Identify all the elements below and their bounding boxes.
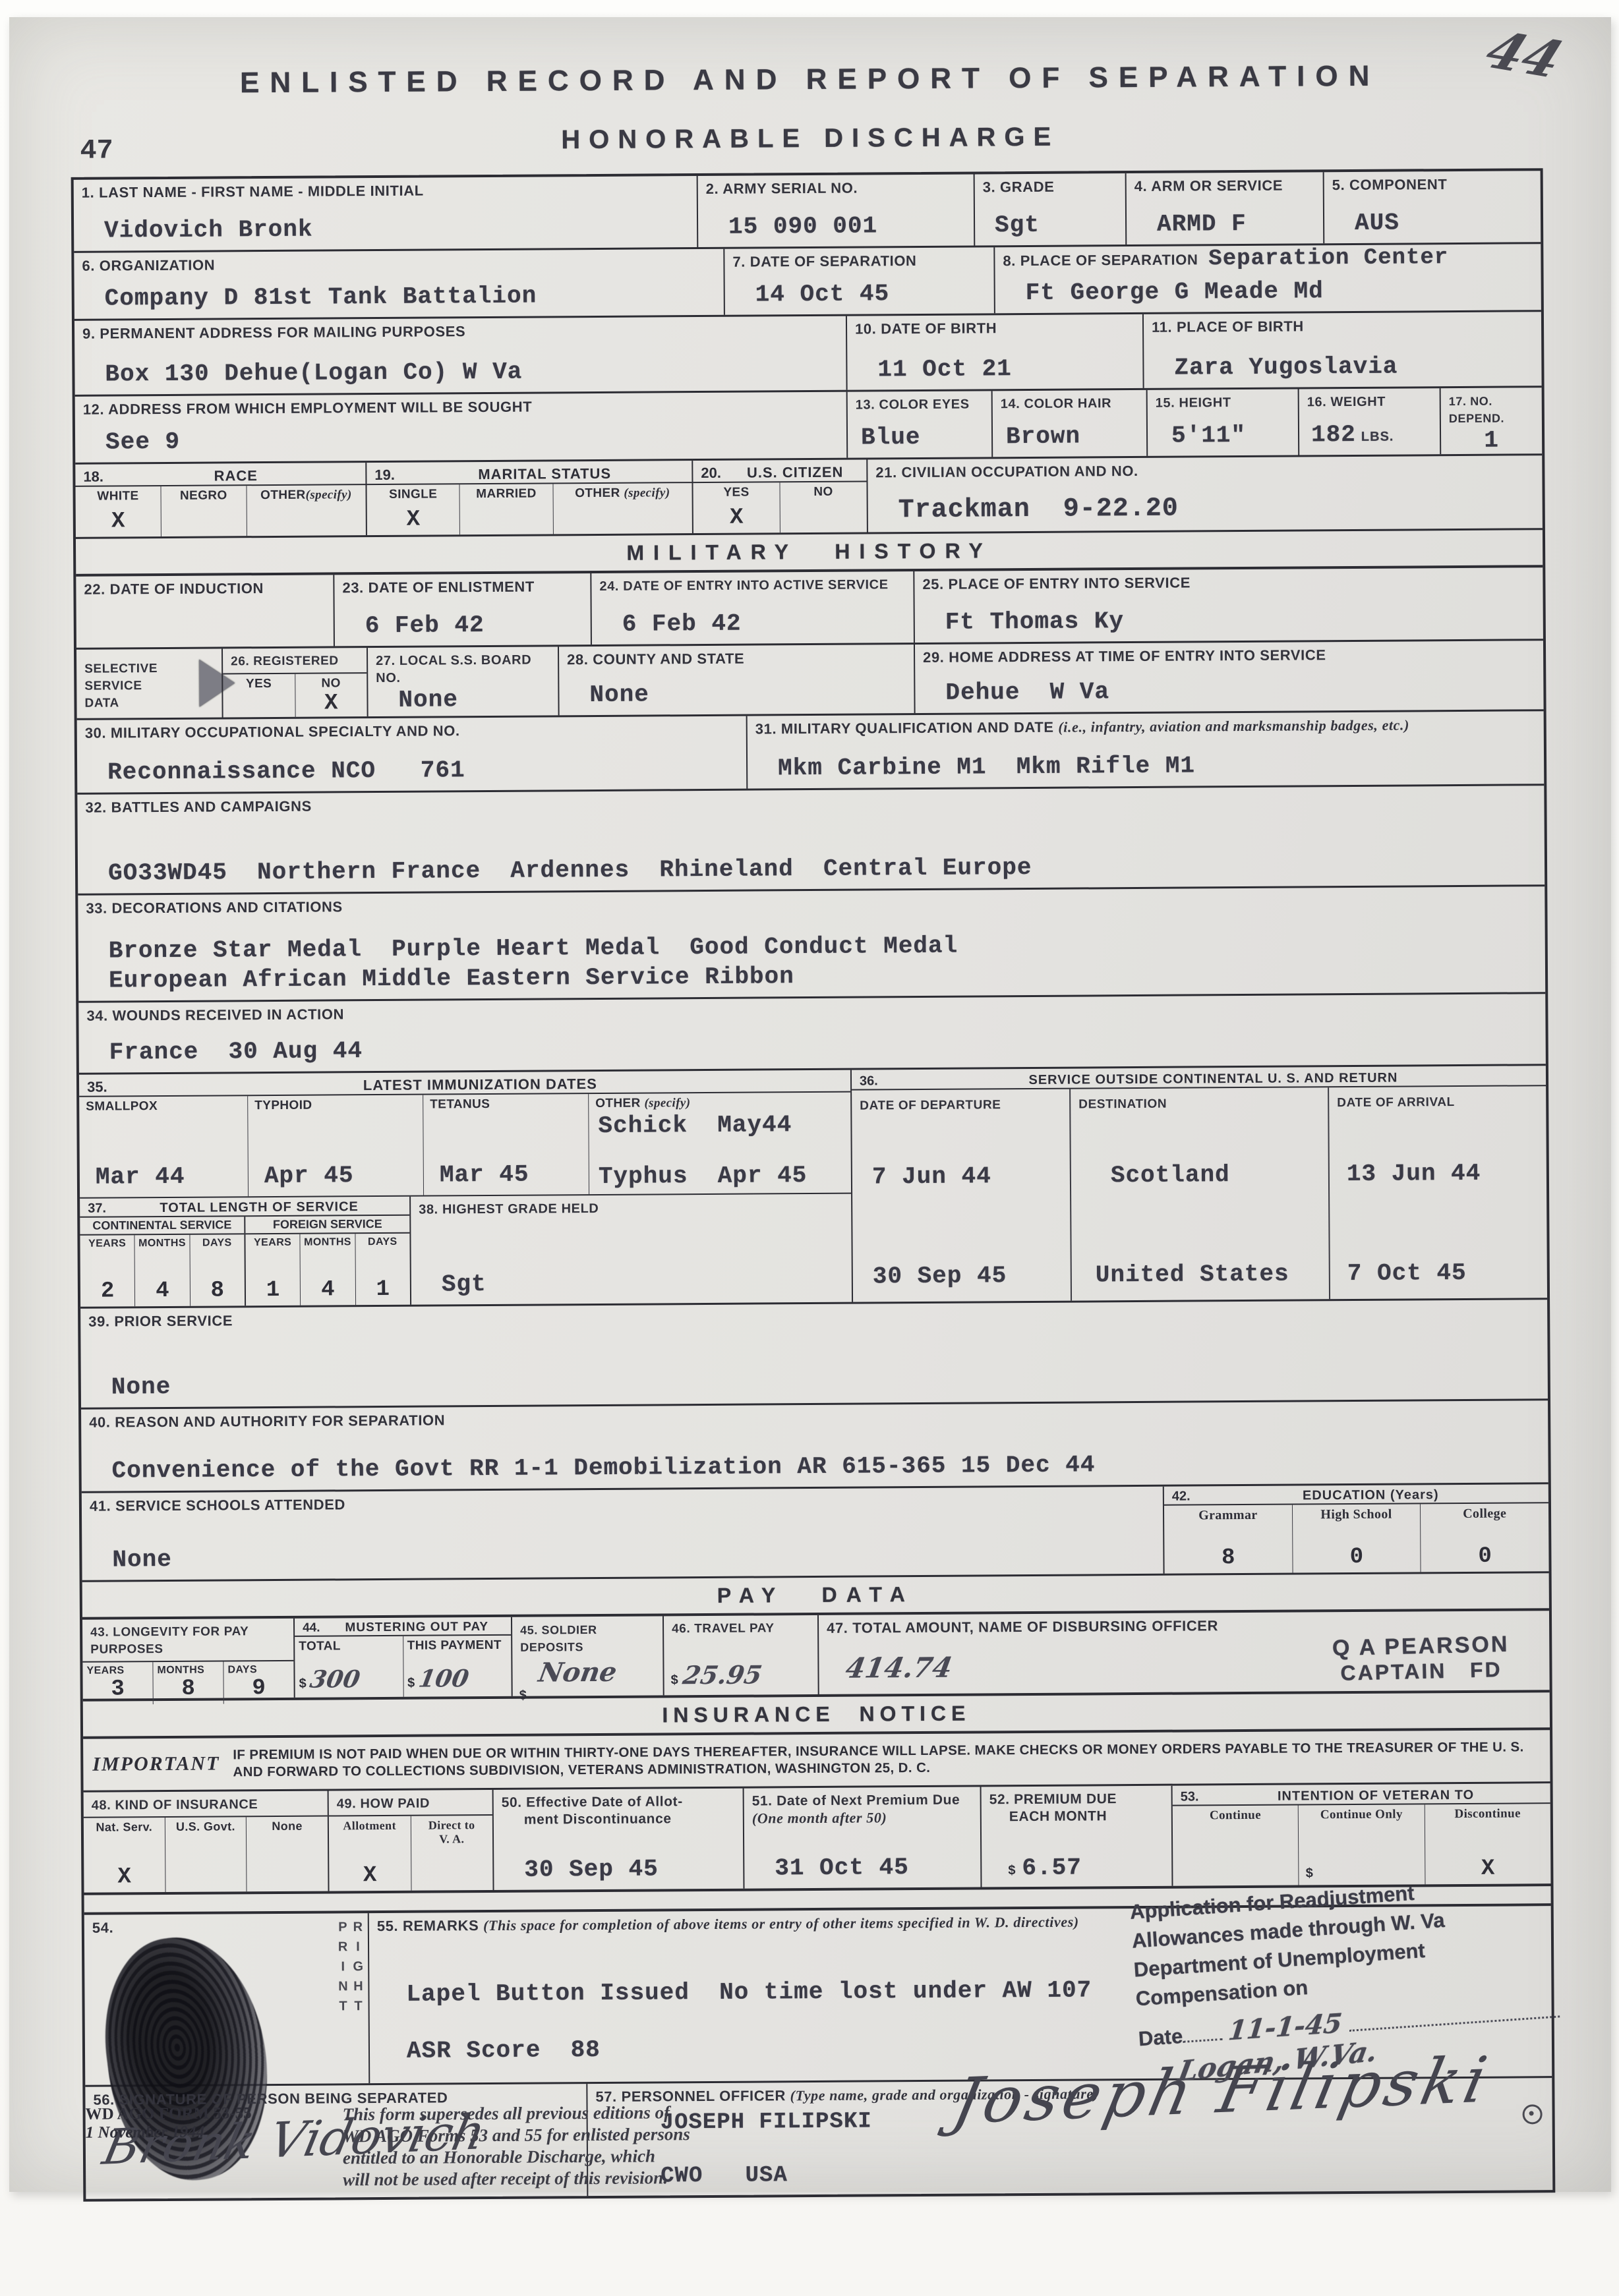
vertical-label-top: RIGHT [350,1920,367,2083]
col-typhoid: TYPHOID Apr 45 [247,1095,423,1197]
option-x [780,529,867,532]
field-next-premium-due: 51. Date of Next Premium Due (One month … [743,1787,981,1888]
field-label-wrap: 50. Effective Date of Allot- ment Discon… [494,1789,743,1829]
field-value-wrap: 182 LBS. [1299,420,1440,455]
col-label: OTHER [595,1097,641,1110]
field-height: 15. HEIGHT 5'11" [1146,389,1299,455]
field-label: 24. DATE OF ENTRY INTO ACTIVE SERVICE [591,571,913,595]
field-title: EDUCATION [1303,1488,1386,1503]
field-soldier-deposits: 45. SOLDIER DEPOSITS None $ [511,1616,663,1696]
col-label: TYPHOID [248,1095,423,1114]
stamp-name: Q A PEARSON [1332,1632,1510,1661]
option-label: NO [295,674,367,691]
registered-options: YES NO X [223,674,367,719]
col-label: MONTHS [301,1234,355,1249]
col-value: 0 [1293,1544,1421,1572]
field-label: 55. REMARKS [377,1917,479,1934]
row-reason-separation: 40. REASON AND AUTHORITY FOR SEPARATION … [81,1400,1548,1493]
field-header: 18. RACE [75,463,365,487]
option-other-race: OTHER(specify) [246,485,366,536]
option-x [1173,1883,1298,1886]
option-none: None [246,1817,328,1892]
field-reason-separation: 40. REASON AND AUTHORITY FOR SEPARATION … [81,1400,1548,1491]
length-of-service-block: 37. TOTAL LENGTH OF SERVICE CONTINENTAL … [80,1194,852,1307]
field-label-wrap: 31. MILITARY QUALIFICATION AND DATE (i.e… [748,711,1544,737]
field-label-line1: 50. Effective Date of Allot- [502,1793,736,1812]
row-selective-service: SELECTIVE SERVICE DATA 26. REGISTERED YE… [76,641,1544,720]
field-label: 22. DATE OF INDUCTION [76,575,333,598]
col-label: TETANUS [423,1094,588,1112]
field-label-italic: (i.e., infantry, aviation and marksmansh… [1058,716,1409,735]
field-value: None [82,1540,1163,1580]
dollar-sign: $ [407,1676,415,1691]
col-years: YEARS3 [82,1662,152,1705]
form-title: ENLISTED RECORD AND REPORT OF SEPARATION [1,58,1619,101]
field-label: 48. KIND OF INSURANCE [84,1791,328,1818]
field-registered: 26. REGISTERED YES NO X [221,648,367,717]
col-months-foreign: MONTHS4 [300,1234,355,1306]
field-value: See 9 [75,424,846,463]
field-label: 3. GRADE [975,173,1125,196]
field-label: 30. MILITARY OCCUPATIONAL SPECIALTY AND … [77,716,746,742]
field-number: 42. [1172,1489,1191,1505]
field-local-board: 27. LOCAL S.S. BOARD NO. None [367,646,558,716]
option-label-italic: (specify) [306,488,352,502]
col-label: Grammar [1164,1505,1292,1524]
col-label: High School [1293,1504,1421,1522]
field-label-wrap: 8. PLACE OF SEPARATION Separation Center [995,244,1541,270]
field-fingerprint: 54. RIGHT PRINT [84,1913,369,2085]
form-number: WD AGO FORM 53-55 [85,2104,283,2124]
col-destination: DESTINATION Scotland United States [1069,1087,1329,1300]
footer-note-line: This form supersedes all previous editio… [342,2101,790,2125]
option-negro: NEGRO [160,486,246,536]
field-label: 46. TRAVEL PAY [664,1615,817,1638]
field-value: Brown [993,422,1146,457]
important-word: IMPORTANT [92,1753,220,1776]
field-value [76,639,334,647]
col-value: Apr 45 [249,1162,423,1197]
field-us-citizen: 20. U.S. CITIZEN YES X NO [692,459,867,533]
option-x: X [693,505,780,533]
field-label-italic: (This space for completion of above item… [483,1914,1079,1934]
field-value: GO33WD45 Northern France Ardennes Rhinel… [78,851,1545,894]
field-prior-service: 39. PRIOR SERVICE None [80,1300,1548,1408]
col-arrival: DATE OF ARRIVAL 13 Jun 44 7 Oct 45 [1328,1086,1547,1299]
option-direct-va: Direct to V. A. [410,1816,492,1891]
right-print-vertical-label: RIGHT PRINT [335,1920,367,2083]
group-foreign: FOREIGN SERVICE [245,1216,409,1234]
col-header: DATE OF DEPARTURE [852,1092,1069,1115]
option-continue-only: Continue Only $ [1298,1804,1425,1885]
field-weight: 16. WEIGHT 182 LBS. [1298,388,1440,455]
field-civilian-occupation: 21. CIVILIAN OCCUPATION AND NO. Trackman… [866,455,1543,532]
separation-form: 1. LAST NAME - FIRST NAME - MIDDLE INITI… [71,168,1556,2202]
col-value: 8 [190,1278,245,1306]
option-label: Discontinue [1425,1804,1550,1822]
option-other-marital: OTHER (specify) [552,483,692,534]
field-education: 42. EDUCATION (Years) Grammar 8 High Sch… [1163,1484,1549,1574]
dollar-sign: $ [671,1673,678,1688]
selective-line: DATA [84,694,215,712]
option-label: Nat. Serv. [84,1818,165,1835]
col-value: 0 [1421,1543,1549,1572]
option-married: MARRIED [459,484,553,534]
field-unit: LBS. [1361,430,1394,445]
option-label-line1: Direct to [411,1818,492,1833]
field-value: 15 090 001 [698,212,974,247]
field-title: MARITAL STATUS [404,465,686,484]
field-value: Reconnaissance NCO 761 [77,755,746,793]
field-label: 10. DATE OF BIRTH [847,314,1142,338]
field-label-line2: ment Discontinuance [502,1810,736,1829]
field-number: 20. [701,465,721,482]
field-value: 14 Oct 45 [725,279,994,314]
selective-line: SERVICE [84,677,215,695]
field-label: 14. COLOR HAIR [993,390,1146,413]
field-header: 44. MUSTERING OUT PAY [295,1617,511,1637]
field-number: 36. [860,1074,878,1089]
option-white: WHITE X [75,486,160,537]
vertical-label-bottom: PRINT [335,1920,351,2083]
field-title-wrap: EDUCATION (Years) [1200,1487,1542,1504]
row-wounds: 34. WOUNDS RECEIVED IN ACTION France 30 … [78,994,1546,1075]
field-label: 16. WEIGHT [1299,388,1440,411]
col-college: College 0 [1420,1503,1548,1572]
field-allotment-discontinuance: 50. Effective Date of Allot- ment Discon… [492,1789,744,1890]
field-label-italic: (One month after 50) [752,1809,974,1827]
field-title: LATEST IMMUNIZATION DATES [117,1074,844,1096]
row-schools-education: 41. SERVICE SCHOOLS ATTENDED None 42. ED… [82,1484,1549,1582]
col-value: 1 [355,1277,410,1306]
field-label: 2. ARMY SERIAL NO. [698,174,974,198]
col-value: 8 [154,1676,223,1704]
option-x [411,1887,493,1891]
race-options: WHITE X NEGRO OTHER(specify) [75,485,365,537]
field-longevity: 43. LONGEVITY FOR PAY PURPOSES YEARS3 MO… [82,1619,294,1699]
option-x [165,1889,247,1892]
mustering-columns: TOTAL $ 300 THIS PAYMENT $ 100 [295,1636,512,1698]
field-total-length-service: 37. TOTAL LENGTH OF SERVICE CONTINENTAL … [80,1197,410,1307]
col-total: TOTAL $ 300 [295,1636,403,1698]
option-label: Allotment [329,1816,411,1833]
field-value: Ft Thomas Ky [915,605,1543,643]
handwritten-value: None [510,1656,665,1688]
field-header: 42. EDUCATION (Years) [1164,1484,1548,1506]
field-decorations: 33. DECORATIONS AND CITATIONS Bronze Sta… [78,886,1545,1001]
option-no: NO X [295,674,367,719]
field-home-address-entry: 29. HOME ADDRESS AT TIME OF ENTRY INTO S… [914,641,1544,713]
field-value: Sgt [975,211,1125,245]
stamp-date-label: Date [1138,2022,1184,2053]
col-other-immunization: OTHER (specify) Schick May44 Typhus Apr … [588,1093,851,1194]
option-label: OTHER [260,488,306,502]
col-label: YEARS [80,1235,134,1250]
field-title-italic: (Years) [1390,1487,1439,1502]
field-value: Company D 81st Tank Battalion [74,281,724,319]
longevity-columns: YEARS3 MONTHS8 DAYS9 [82,1661,293,1705]
insurance-kind-options: Nat. Serv.X U.S. Govt. None [84,1817,328,1893]
field-number: 44. [303,1621,320,1636]
option-label: OTHER [575,486,620,500]
field-wounds: 34. WOUNDS RECEIVED IN ACTION France 30 … [78,994,1546,1073]
page-corner-number: 47 [80,134,113,166]
field-header: 19. MARITAL STATUS [367,461,692,485]
row-organization: 6. ORGANIZATION Company D 81st Tank Batt… [74,244,1541,321]
service-group-headers: CONTINENTAL SERVICE FOREIGN SERVICE [80,1216,409,1236]
field-mustering-out-pay: 44. MUSTERING OUT PAY TOTAL $ 300 THIS P… [293,1617,512,1698]
field-value: France 30 Aug 44 [79,1030,1546,1073]
handwritten-total: 300 [308,1665,362,1694]
field-label: 43. LONGEVITY FOR PAY PURPOSES [82,1619,293,1663]
col-value: 4 [135,1278,190,1307]
field-label: 29. HOME ADDRESS AT TIME OF ENTRY INTO S… [915,641,1543,666]
col-high-school: High School 0 [1292,1504,1421,1572]
field-kind-of-insurance: 48. KIND OF INSURANCE Nat. Serv.X U.S. G… [84,1791,328,1893]
col-label: College [1421,1503,1548,1522]
field-value: 6.57 [1022,1854,1082,1882]
form-date: 1 November 1944 [86,2123,283,2142]
col-value: 2 [80,1278,135,1307]
field-label-wrap: 51. Date of Next Premium Due (One month … [744,1787,980,1827]
field-label: 9. PERMANENT ADDRESS FOR MAILING PURPOSE… [74,316,846,343]
field-travel-pay: 46. TRAVEL PAY $ 25.95 [662,1615,818,1695]
col-header: DATE OF ARRIVAL [1329,1089,1546,1112]
option-label-wrap: OTHER (specify) [553,483,692,501]
row-decorations: 33. DECORATIONS AND CITATIONS Bronze Sta… [78,886,1545,1003]
field-label: 21. CIVILIAN OCCUPATION AND NO. [868,455,1542,481]
field-value: 6 Feb 42 [335,611,591,646]
col-label: YEARS [82,1662,152,1677]
option-x [162,533,247,536]
col-value-line2: Typhus Apr 45 [589,1162,851,1194]
field-number: 18. [83,469,103,486]
field-intention-of-veteran: 53. INTENTION OF VETERAN TO Continue Con… [1171,1783,1551,1886]
footer-note-line: entitled to an Honorable Discharge, whic… [343,2144,791,2169]
row-induction: 22. DATE OF INDUCTION 23. DATE OF ENLIST… [76,567,1543,650]
option-label: MARRIED [460,484,552,502]
col-value-wrap: $ 100 [403,1665,512,1697]
field-value: 31 Oct 45 [744,1853,980,1888]
dollar-sign: $ [1008,1863,1015,1878]
field-service-schools: 41. SERVICE SCHOOLS ATTENDED None [82,1487,1163,1580]
row-specialty: 30. MILITARY OCCUPATIONAL SPECIALTY AND … [77,711,1545,795]
col-label: MONTHS [135,1235,189,1250]
field-value-line2: European African Middle Eastern Service … [78,958,1545,1001]
selective-line: SELECTIVE [84,660,215,677]
field-total-amount-officer: 47. TOTAL AMOUNT, NAME OF DISBURSING OFF… [817,1611,1550,1694]
field-label: 5. COMPONENT [1324,171,1541,194]
row-immunization-service: 35. LATEST IMMUNIZATION DATES SMALLPOX M… [79,1066,1547,1309]
option-label-wrap: Direct to V. A. [411,1816,492,1847]
option-yes: YES X [693,482,779,533]
option-label: WHITE [75,486,160,504]
col-departure: DATE OF DEPARTURE 7 Jun 44 30 Sep 45 [852,1089,1071,1302]
col-label: DAYS [223,1661,293,1677]
col-value: 3 [83,1677,153,1705]
important-note: IMPORTANT IF PREMIUM IS NOT PAID WHEN DU… [83,1730,1550,1791]
field-header: 53. INTENTION OF VETERAN TO [1173,1783,1550,1806]
option-label-wrap: OTHER(specify) [247,485,366,503]
important-text: IF PREMIUM IS NOT PAID WHEN DUE OR WITHI… [233,1738,1541,1781]
field-value: ARMD F [1127,210,1323,244]
service-outside-columns: DATE OF DEPARTURE 7 Jun 44 30 Sep 45 DES… [852,1086,1547,1302]
col-days-foreign: DAYS1 [355,1234,410,1306]
row-battles: 32. BATTLES AND CAMPAIGNS GO33WD45 North… [77,786,1545,896]
field-battles-campaigns: 32. BATTLES AND CAMPAIGNS GO33WD45 North… [77,786,1545,894]
col-months-cont: MONTHS4 [134,1235,190,1307]
option-label: YES [693,482,779,500]
footer-note: This form supersedes all previous editio… [342,2101,791,2191]
option-x: X [295,691,367,719]
option-label: Continue Only [1299,1804,1424,1822]
dotted-line [1182,2025,1222,2043]
field-label: 38. HIGHEST GRADE HELD [411,1194,851,1219]
col-value: Mar 44 [80,1162,248,1197]
field-value: 182 [1311,421,1356,448]
stamp-rank: CAPTAIN FD [1333,1657,1510,1686]
field-date-induction: 22. DATE OF INDUCTION [76,575,334,647]
option-x [553,531,692,534]
option-x [460,531,552,534]
field-value: Zara Yugoslavia [1144,352,1541,388]
service-columns: YEARS2 MONTHS4 DAYS8 YEARS1 MONTHS4 DAYS… [80,1234,410,1307]
field-military-qualification: 31. MILITARY QUALIFICATION AND DATE (i.e… [746,711,1545,788]
col-days: DAYS9 [223,1661,293,1704]
field-marital-status: 19. MARITAL STATUS SINGLE X MARRIED OTHE… [365,461,692,535]
dollar-sign: $ [299,1677,307,1692]
field-header: 20. U.S. CITIZEN [693,459,866,483]
field-label: 51. Date of Next Premium Due [752,1792,974,1810]
row-insurance: 48. KIND OF INSURANCE Nat. Serv.X U.S. G… [84,1783,1551,1895]
field-value-wrap: $ 25.95 [664,1659,817,1695]
field-value: Ft George G Meade Md [995,276,1541,313]
field-value-wrap: $ 6.57 [982,1854,1171,1887]
field-value: None [81,1365,1548,1408]
group-continental: CONTINENTAL SERVICE [80,1217,245,1234]
footer-note-line: will not be used after receipt of this r… [343,2166,791,2191]
handwritten-payment: 100 [417,1665,471,1693]
field-value: Convenience of the Govt RR 1-1 Demobiliz… [81,1449,1548,1491]
footer-note-line: WD AGO Forms 53 and 55 for enlisted pers… [343,2123,791,2147]
col-value: Mar 45 [424,1161,589,1195]
col-header: DESTINATION [1071,1090,1328,1113]
col-years-cont: YEARS2 [80,1235,134,1307]
marital-options: SINGLE X MARRIED OTHER (specify) [367,483,692,535]
field-label: 13. COLOR EYES [848,391,991,413]
destination-row1: Scotland [1071,1161,1328,1195]
field-highest-grade: 38. HIGHEST GRADE HELD Sgt [409,1194,852,1305]
option-label: U.S. Govt. [165,1817,247,1834]
print-union-mark [1523,2104,1543,2124]
field-value: Sgt [411,1269,852,1305]
col-value: 8 [1164,1545,1292,1574]
field-number: 35. [87,1079,107,1096]
field-title: TOTAL LENGTH OF SERVICE [115,1199,403,1217]
option-continue: Continue [1173,1806,1299,1886]
field-label: 4. ARM OR SERVICE [1127,172,1323,195]
col-label: MONTHS [153,1661,223,1677]
disbursing-officer-stamp: Q A PEARSON CAPTAIN FD [1332,1630,1550,1690]
field-grade: 3. GRADE Sgt [974,173,1126,245]
field-value: None [368,685,558,720]
field-value: Box 130 Dehue(Logan Co) W Va [74,357,846,395]
field-date-enlistment: 23. DATE OF ENLISTMENT 6 Feb 42 [333,573,591,646]
row-race-marital: 18. RACE WHITE X NEGRO OTHER(specify) [75,455,1543,539]
field-label: 28. COUNTY AND STATE [559,645,914,668]
row-prior-service: 39. PRIOR SERVICE None [80,1300,1548,1410]
col-years-foreign: YEARS1 [244,1234,300,1306]
field-value: Trackman 9-22.20 [868,492,1543,532]
field-label: 31. MILITARY QUALIFICATION AND DATE [755,719,1054,737]
field-title: MUSTERING OUT PAY [329,1620,504,1636]
col-days-cont: DAYS8 [189,1234,245,1306]
field-how-paid: 49. HOW PAID AllotmentX Direct to V. A. [328,1790,493,1891]
option-x: X [76,509,161,537]
field-title: U.S. CITIZEN [730,464,860,482]
option-us-govt: U.S. Govt. [165,1817,247,1892]
form-subtitle: HONORABLE DISCHARGE [1,119,1619,158]
field-last-name: 1. LAST NAME - FIRST NAME - MIDDLE INITI… [74,176,697,251]
col-grammar: Grammar 8 [1164,1505,1292,1574]
option-yes: YES [223,674,295,720]
field-mos: 30. MILITARY OCCUPATIONAL SPECIALTY AND … [77,716,747,793]
field-number: 19. [374,467,395,484]
field-label: 7. DATE OF SEPARATION [724,247,993,270]
field-place-birth: 11. PLACE OF BIRTH Zara Yugoslavia [1142,312,1542,388]
field-label-wrap: 52. PREMIUM DUE EACH MONTH [982,1786,1171,1826]
option-label: NEGRO [161,486,246,503]
field-label: 8. PLACE OF SEPARATION [1003,251,1198,270]
field-label-line2: EACH MONTH [989,1808,1165,1826]
col-tetanus: TETANUS Mar 45 [423,1094,589,1195]
citizen-options: YES X NO [693,482,866,533]
field-color-hair: 14. COLOR HAIR Brown [991,390,1147,457]
field-employment-address: 12. ADDRESS FROM WHICH EMPLOYMENT WILL B… [75,392,847,463]
col-label: SMALLPOX [79,1096,247,1114]
field-title: INTENTION OF VETERAN TO [1208,1787,1543,1804]
departure-row1: 7 Jun 44 [852,1162,1070,1197]
field-number: 53. [1181,1789,1199,1804]
option-allotment: AllotmentX [329,1816,411,1891]
col-label-italic: (specify) [644,1096,690,1110]
option-label: Continue [1173,1806,1298,1823]
handwritten-value: 25.95 [681,1659,765,1690]
col-label-wrap: OTHER (specify) [589,1093,850,1111]
col-months: MONTHS8 [152,1661,223,1704]
dollar-sign: $ [513,1687,663,1707]
field-label: 45. SOLDIER DEPOSITS [512,1616,662,1655]
field-place-separation: 8. PLACE OF SEPARATION Separation Center… [993,244,1541,313]
field-race: 18. RACE WHITE X NEGRO OTHER(specify) [75,463,366,537]
col-this-payment: THIS PAYMENT $ 100 [403,1636,512,1697]
field-label: 23. DATE OF ENLISTMENT [334,573,590,596]
field-label: 6. ORGANIZATION [74,249,723,275]
col-label: THIS PAYMENT [403,1636,512,1653]
field-value: Mkm Carbine M1 Mkm Rifle M1 [748,750,1544,788]
option-label: YES [223,674,295,692]
field-value-wrap: 414.74 Q A PEARSON CAPTAIN FD [819,1632,1549,1691]
row-identity: 1. LAST NAME - FIRST NAME - MIDDLE INITI… [74,171,1541,253]
field-label: 25. PLACE OF ENTRY INTO SERVICE [914,567,1543,593]
field-label: 17. NO. DEPEND. [1441,387,1542,427]
field-label: 27. LOCAL S.S. BOARD NO. [368,646,558,687]
field-arm-service: 4. ARM OR SERVICE ARMD F [1125,172,1324,244]
option-x: X [329,1863,411,1891]
option-label-line2: V. A. [411,1832,492,1847]
option-x: X [84,1864,165,1893]
field-title: RACE [113,467,359,485]
